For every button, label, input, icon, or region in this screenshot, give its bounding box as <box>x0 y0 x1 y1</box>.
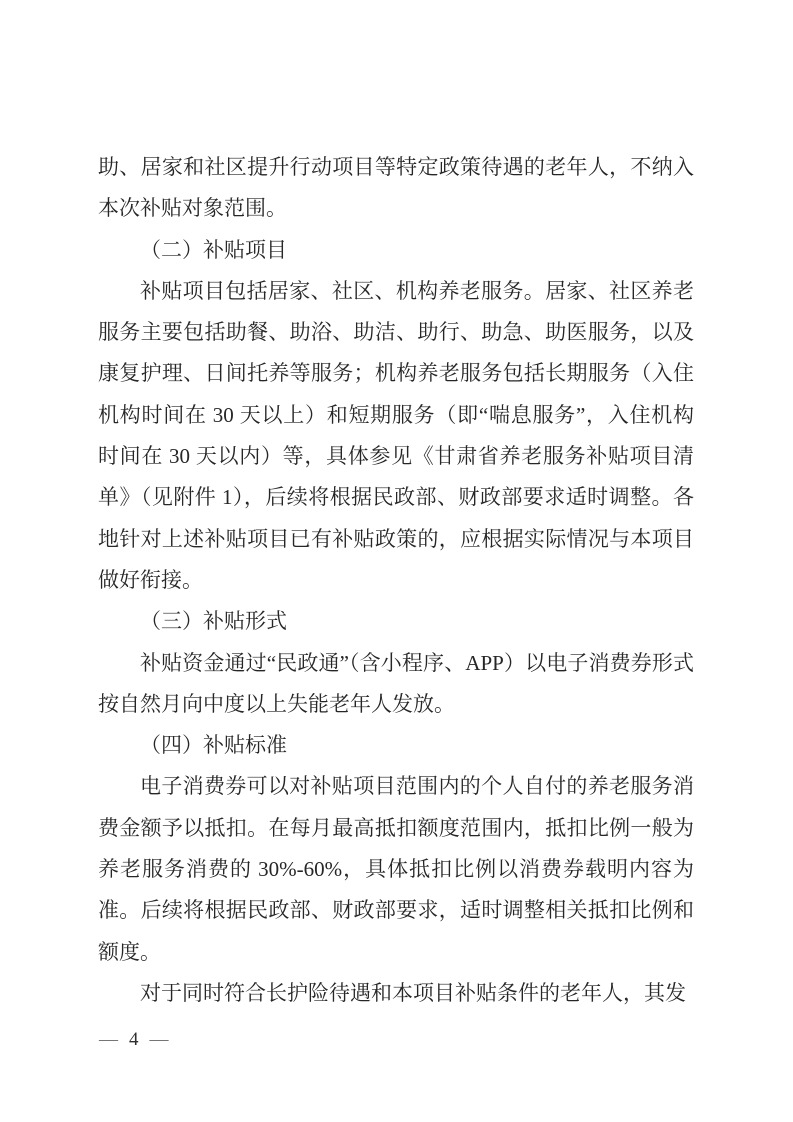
paragraph: 助、居家和社区提升行动项目等特定政策待遇的老年人，不纳入本次补贴对象范围。 <box>98 147 694 230</box>
paragraph: 补贴项目包括居家、社区、机构养老服务。居家、社区养老服务主要包括助餐、助浴、助洁… <box>98 271 694 601</box>
section-heading: （二）补贴项目 <box>98 230 694 271</box>
paragraph: 补贴资金通过“民政通”（含小程序、APP）以电子消费券形式按自然月向中度以上失能… <box>98 643 694 726</box>
paragraph: 对于同时符合长护险待遇和本项目补贴条件的老年人，其发 <box>98 973 694 1014</box>
document-body: 助、居家和社区提升行动项目等特定政策待遇的老年人，不纳入本次补贴对象范围。（二）… <box>98 147 694 1014</box>
section-heading: （四）补贴标准 <box>98 725 694 766</box>
document-page: 助、居家和社区提升行动项目等特定政策待遇的老年人，不纳入本次补贴对象范围。（二）… <box>0 0 793 1122</box>
paragraph: 电子消费券可以对补贴项目范围内的个人自付的养老服务消费金额予以抵扣。在每月最高抵… <box>98 766 694 972</box>
page-number: —4— <box>99 1026 171 1054</box>
section-heading: （三）补贴形式 <box>98 601 694 642</box>
page-number-right-dash: — <box>150 1029 171 1050</box>
page-number-left-dash: — <box>99 1029 120 1050</box>
page-number-value: 4 <box>120 1029 150 1050</box>
